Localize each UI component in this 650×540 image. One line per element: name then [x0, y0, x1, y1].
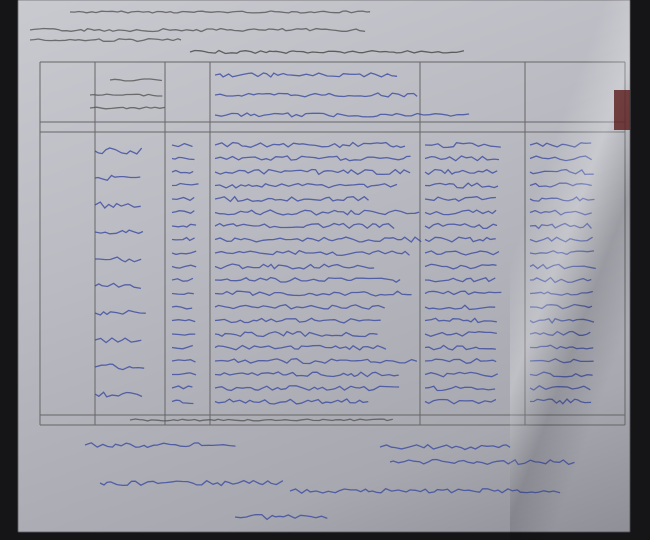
red-corner	[614, 90, 630, 130]
paper-fold	[510, 0, 630, 540]
document-photo	[0, 0, 650, 540]
